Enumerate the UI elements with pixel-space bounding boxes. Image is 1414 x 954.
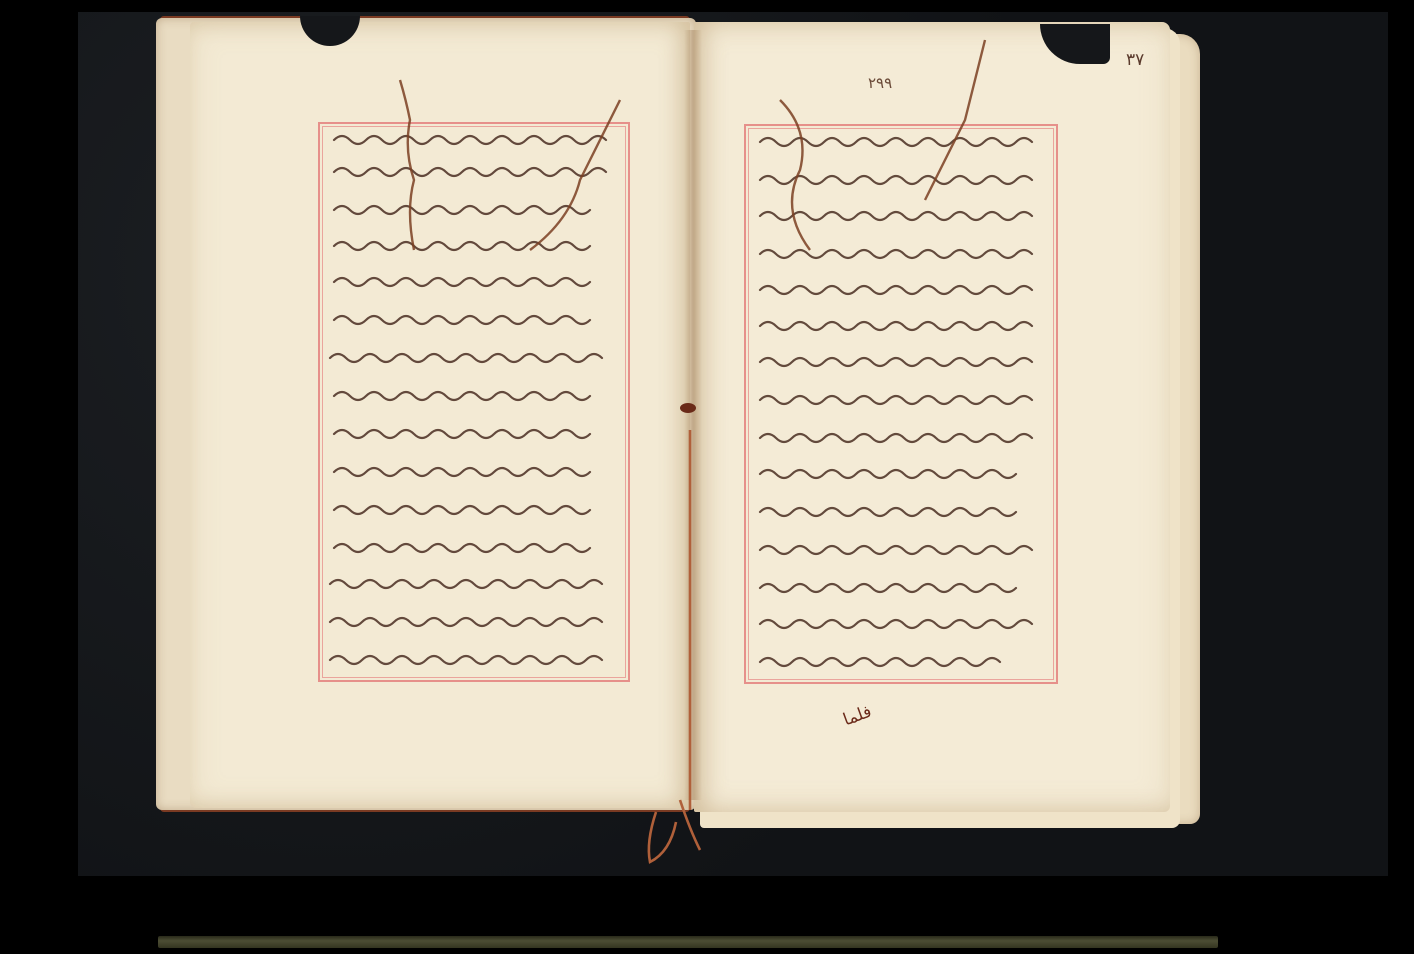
worm-damage [400,40,985,250]
handwriting-strokes [0,0,1414,954]
folio-number: ٢٩٩ [868,74,892,92]
corner-folio-number: ٣٧ [1126,50,1144,70]
right-page-text [760,138,1032,666]
ink-blot [680,403,696,413]
binding-thread [649,430,700,862]
